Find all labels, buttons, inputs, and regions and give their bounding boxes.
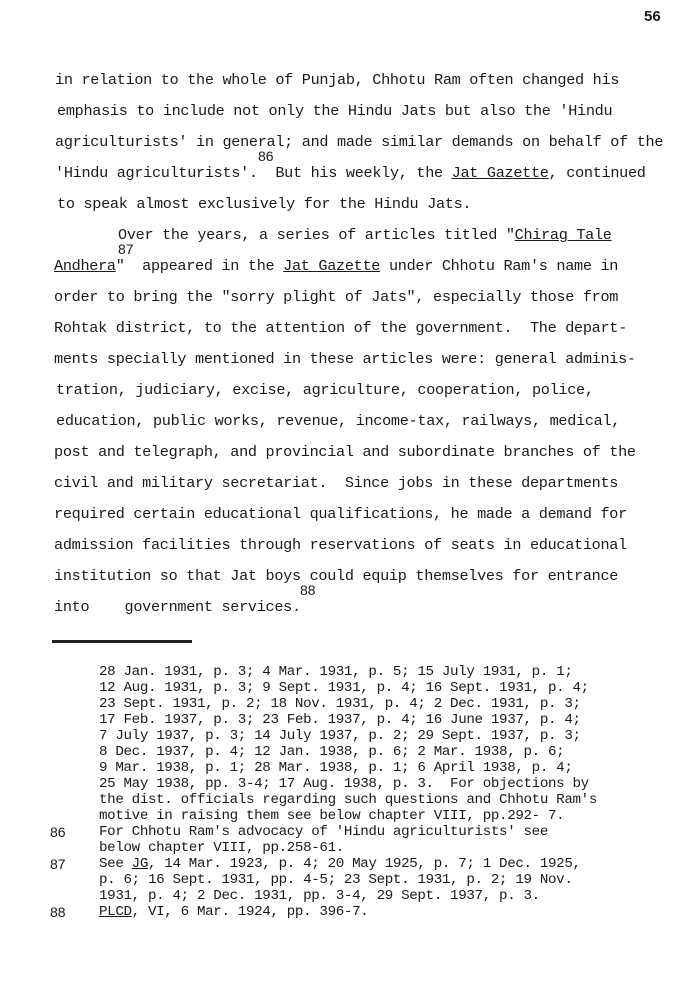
- footnote-number: 87: [50, 856, 66, 872]
- text-line: required certain educational qualificati…: [54, 505, 627, 523]
- footnote-line: p. 6; 16 Sept. 1931, pp. 4-5; 23 Sept. 1…: [99, 873, 573, 888]
- text-line: to speak almost exclusively for the Hind…: [57, 195, 471, 213]
- footnote-line: 25 May 1938, pp. 3-4; 17 Aug. 1938, p. 3…: [99, 777, 589, 792]
- text-line: emphasis to include not only the Hindu J…: [57, 102, 612, 120]
- footnote-number: 86: [50, 824, 66, 840]
- text-span: , 14 Mar. 1923, p. 4; 20 May 1925, p. 7;…: [148, 856, 581, 872]
- footnote-line: See JG, 14 Mar. 1923, p. 4; 20 May 1925,…: [99, 857, 581, 872]
- text-span: 'Hindu agriculturists'.: [55, 164, 258, 182]
- text-line: Over the years, a series of articles tit…: [118, 226, 612, 244]
- article-title: Chirag Tale: [515, 226, 612, 244]
- text-line: agriculturists' in general; and made sim…: [55, 133, 663, 151]
- text-line: Rohtak district, to the attention of the…: [54, 319, 627, 337]
- text-span: " appeared in the: [116, 257, 283, 275]
- text-span: See: [99, 856, 132, 872]
- footnote-line: 1931, p. 4; 2 Dec. 1931, pp. 3-4, 29 Sep…: [99, 889, 540, 904]
- text-span: But his weekly, the: [258, 164, 452, 182]
- text-line: in relation to the whole of Punjab, Chho…: [55, 71, 619, 89]
- text-line: order to bring the "sorry plight of Jats…: [54, 288, 618, 306]
- footnote-ref-87: 87: [118, 241, 134, 257]
- text-span: under Chhotu Ram's name in: [380, 257, 618, 275]
- text-span: Over the years, a series of articles tit…: [118, 226, 515, 244]
- footnote-line: 12 Aug. 1931, p. 3; 9 Sept. 1931, p. 4; …: [99, 681, 589, 696]
- footnote-line: 8 Dec. 1937, p. 4; 12 Jan. 1938, p. 6; 2…: [99, 745, 564, 760]
- text-line: tration, judiciary, excise, agriculture,…: [56, 381, 594, 399]
- footnote-divider: [52, 640, 192, 643]
- footnote-ref-88: 88: [300, 582, 316, 598]
- footnote-line: 28 Jan. 1931, p. 3; 4 Mar. 1931, p. 5; 1…: [99, 665, 573, 680]
- text-line: into government services.: [54, 598, 301, 616]
- footnote-number: 88: [50, 904, 66, 920]
- footnote-line: 7 July 1937, p. 3; 14 July 1937, p. 2; 2…: [99, 729, 581, 744]
- abbreviation: JG: [132, 856, 148, 872]
- footnote-line: the dist. officials regarding such quest…: [99, 793, 597, 808]
- footnote-line: below chapter VIII, pp.258-61.: [99, 841, 344, 856]
- abbreviation: PLCD: [99, 904, 132, 920]
- text-line: education, public works, revenue, income…: [56, 412, 620, 430]
- text-span: , VI, 6 Mar. 1924, pp. 396-7.: [132, 904, 369, 920]
- text-line: ments specially mentioned in these artic…: [54, 350, 636, 368]
- footnote-ref-86: 86: [258, 148, 274, 164]
- jat-gazette-title: Jat Gazette: [283, 257, 380, 275]
- page-number: 56: [644, 8, 661, 25]
- footnote-line: 17 Feb. 1937, p. 3; 23 Feb. 1937, p. 4; …: [99, 713, 581, 728]
- text-span: , continued: [549, 164, 646, 182]
- footnote-line: For Chhotu Ram's advocacy of 'Hindu agri…: [99, 825, 548, 840]
- text-line: Andhera" appeared in the Jat Gazette und…: [54, 257, 618, 275]
- text-line: 'Hindu agriculturists'. But his weekly, …: [55, 164, 646, 182]
- text-line: institution so that Jat boys could equip…: [54, 567, 618, 585]
- jat-gazette-title: Jat Gazette: [452, 164, 549, 182]
- footnote-line: motive in raising them see below chapter…: [99, 809, 564, 824]
- footnote-line: 23 Sept. 1931, p. 2; 18 Nov. 1931, p. 4;…: [99, 697, 581, 712]
- text-line: civil and military secretariat. Since jo…: [54, 474, 618, 492]
- footnote-line: 9 Mar. 1938, p. 1; 28 Mar. 1938, p. 1; 6…: [99, 761, 573, 776]
- text-line: admission facilities through reservation…: [54, 536, 627, 554]
- text-line: post and telegraph, and provincial and s…: [54, 443, 636, 461]
- article-title: Andhera: [54, 257, 116, 275]
- footnote-line: PLCD, VI, 6 Mar. 1924, pp. 396-7.: [99, 905, 368, 920]
